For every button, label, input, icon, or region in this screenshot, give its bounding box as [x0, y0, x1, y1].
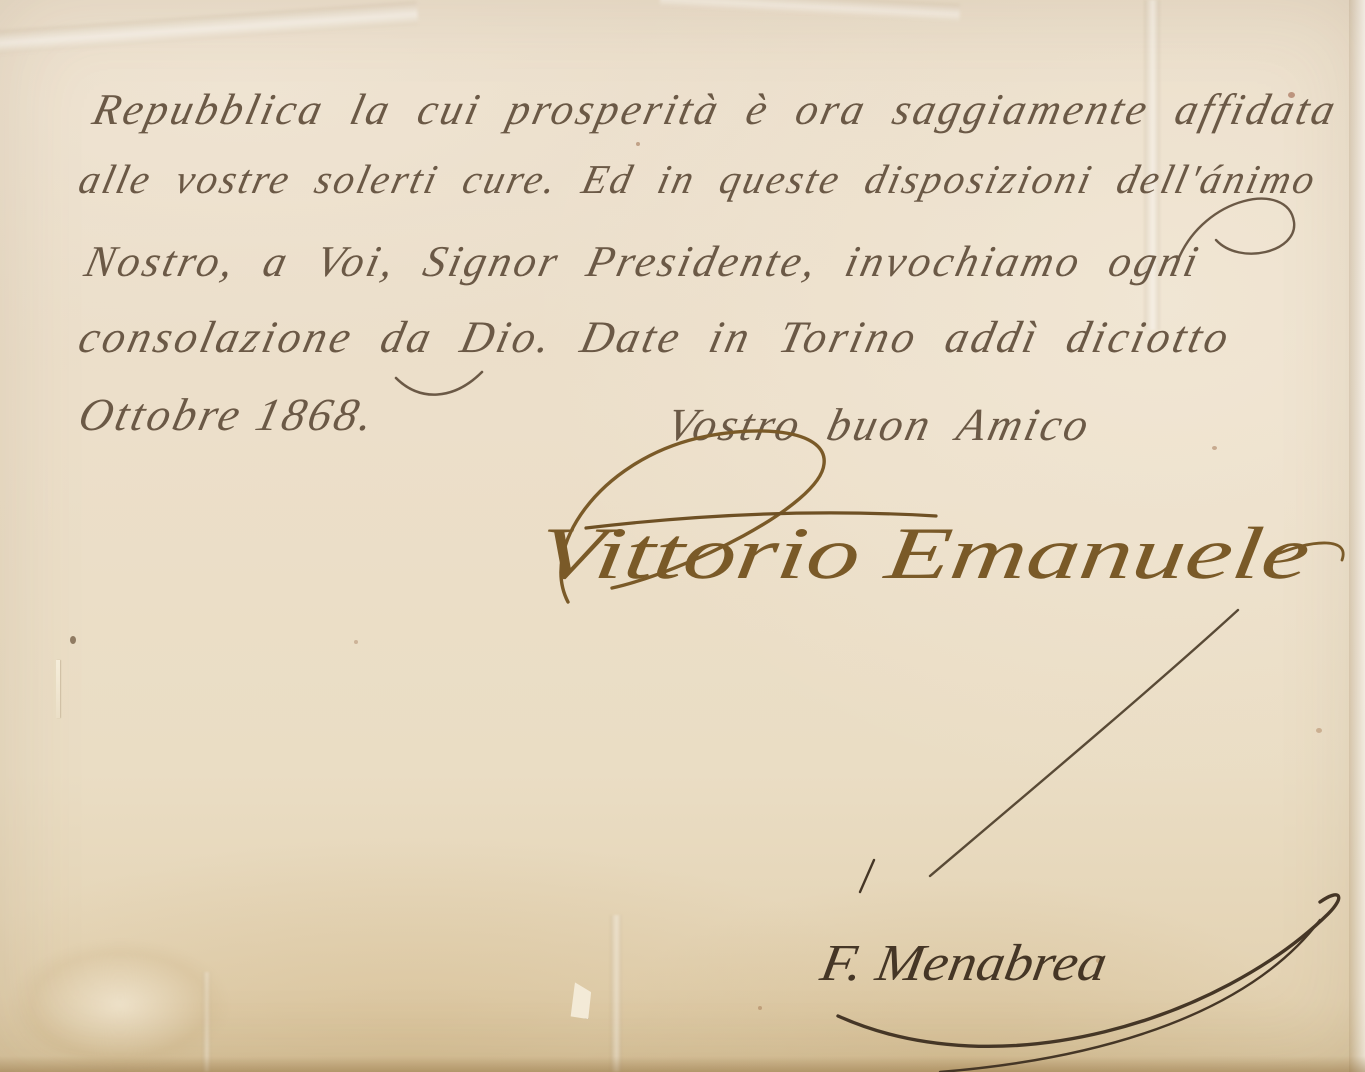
countersignature-name: F. Menabrea [815, 934, 1111, 992]
fold-crease-vertical-bottom-left [202, 972, 211, 1072]
crease-top-center [660, 0, 961, 22]
foxing-speck [1316, 728, 1322, 733]
letter-line-4: consolazione da Dio. Date in Torino addì… [80, 311, 1231, 363]
letter-line-3-text: Nostro, a Voi, Signor Presidente, invoch… [80, 236, 1206, 287]
paper-tear [56, 660, 60, 718]
pen-diagonal-stroke [900, 598, 1260, 888]
countersignature: F. Menabrea [812, 858, 1365, 1072]
foxing-speck [636, 142, 640, 146]
letter-line-4-text: consolazione da Dio. Date in Torino addì… [74, 311, 1237, 363]
letter-line-3: Nostro, a Voi, Signor Presidente, invoch… [86, 236, 1200, 287]
pen-flourish-dateline [392, 362, 487, 402]
pen-flourish-line3 [1170, 178, 1310, 288]
paper-stain [10, 940, 230, 1070]
letter-dateline-text: Ottobre 1868. [74, 388, 382, 441]
crease-top-left [0, 1, 418, 55]
countersignature-entry-stroke [860, 860, 874, 892]
paper-tear-dot [70, 636, 76, 644]
letter-dateline: Ottobre 1868. [80, 388, 375, 441]
fold-crease-vertical-bottom [610, 915, 622, 1072]
foxing-speck [758, 1006, 762, 1010]
foxing-speck [354, 640, 358, 644]
paper-chip-defect [564, 981, 594, 1022]
letter-page: Repubblica la cui prosperità è ora saggi… [0, 0, 1365, 1072]
letter-line-1: Repubblica la cui prosperità è ora saggi… [94, 84, 1337, 135]
letter-line-1-text: Repubblica la cui prosperità è ora saggi… [88, 84, 1343, 135]
letter-line-2-text: alle vostre solerti cure. Ed in queste d… [74, 155, 1322, 203]
letter-line-2: alle vostre solerti cure. Ed in queste d… [80, 155, 1317, 203]
signature-name: Vittorio Emanuele [533, 513, 1314, 595]
